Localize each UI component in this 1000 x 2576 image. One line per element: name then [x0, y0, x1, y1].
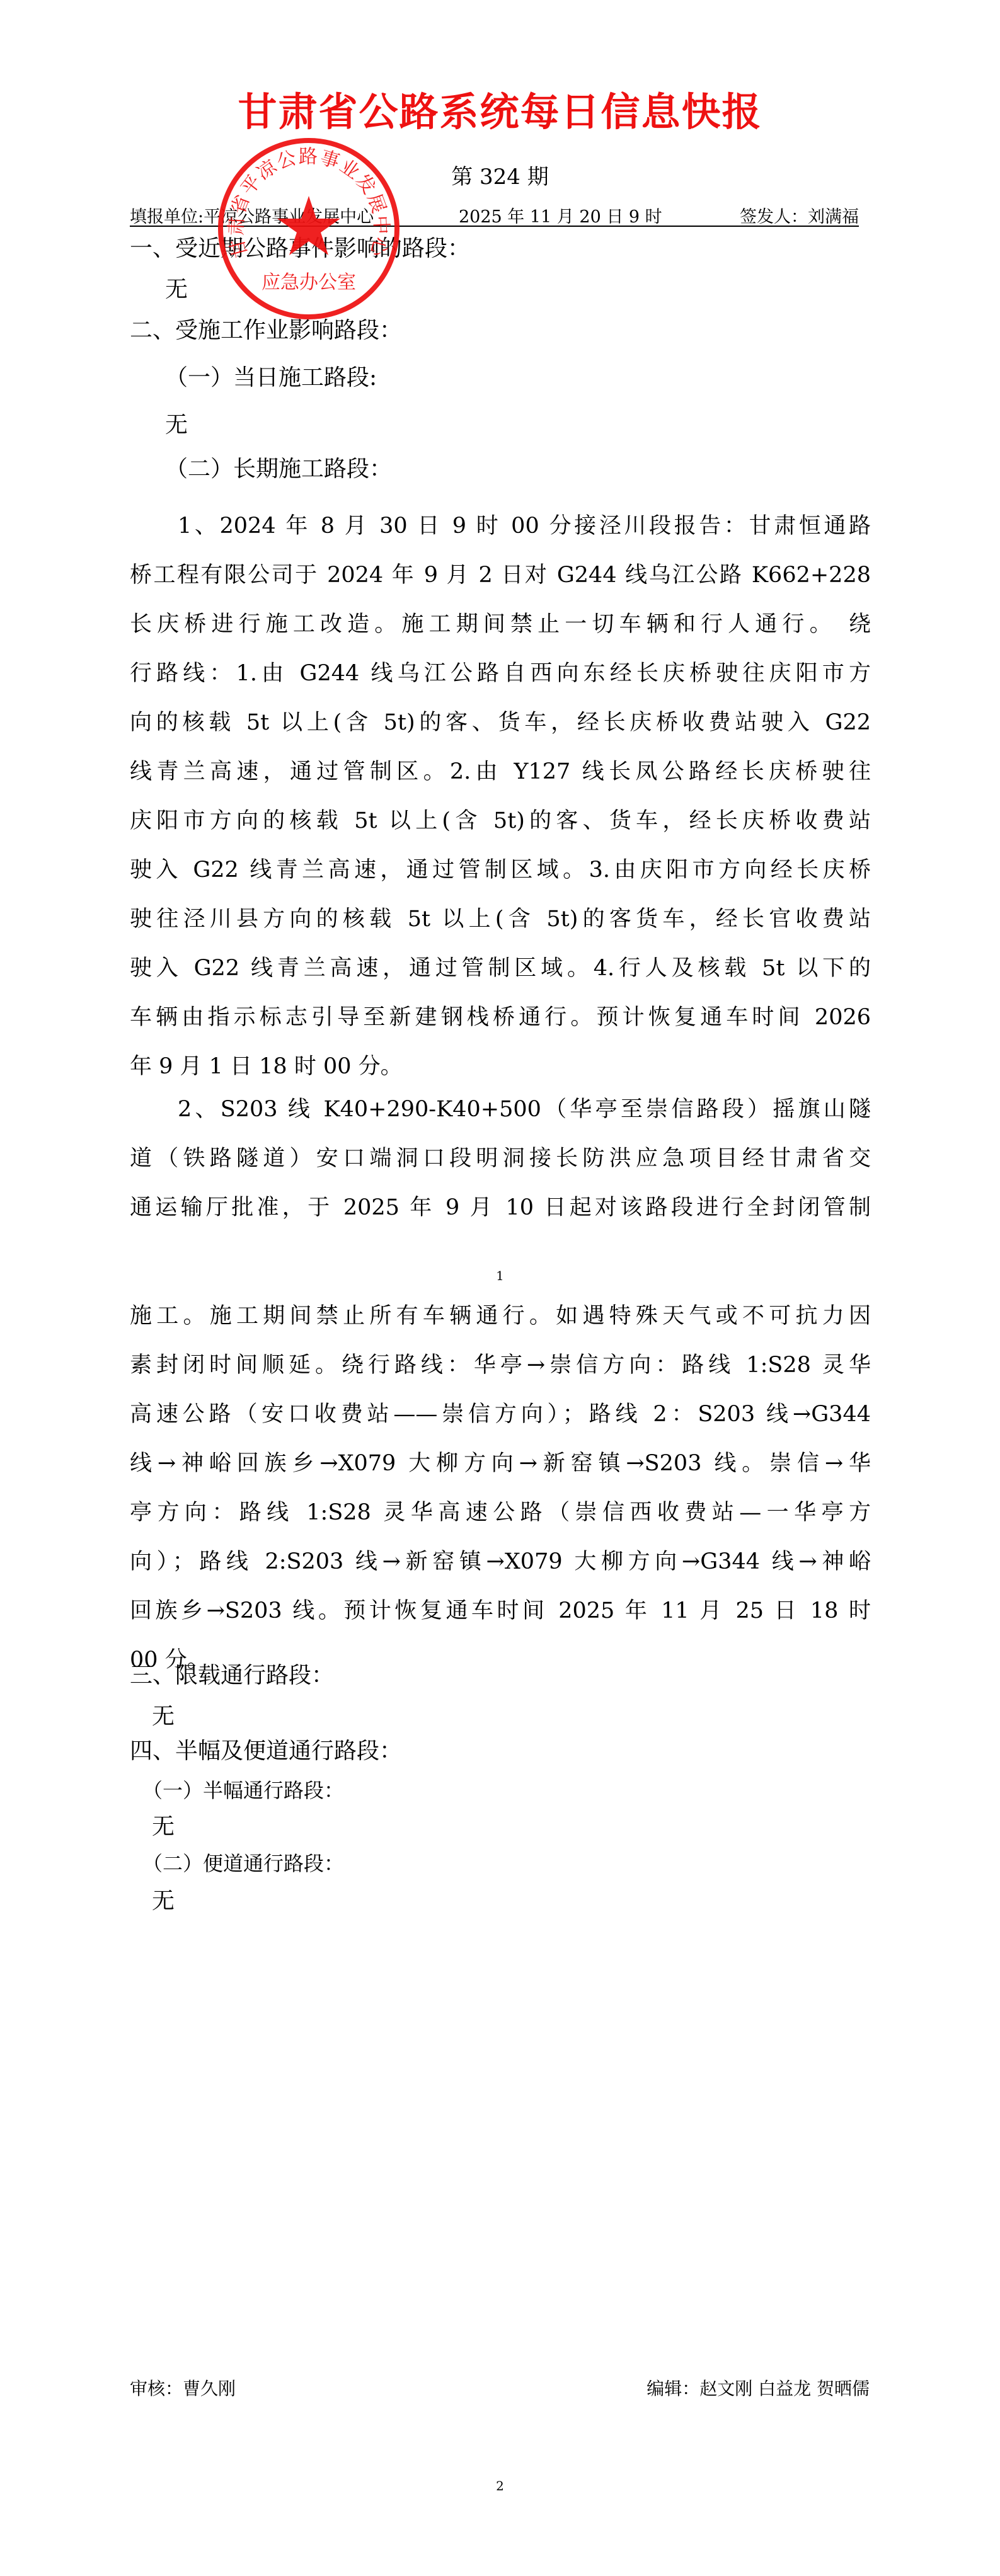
stamp-bottom-text: 应急办公室 — [261, 272, 356, 294]
section-2-sub1-content: 无 — [165, 413, 188, 438]
long-term-item-2-part2: 施工。施工期间禁止所有车辆通行。如遇特殊天气或不可抗力因 素封闭时间顺延。绕行路… — [130, 1291, 871, 1685]
text-line: 行路线：1.由 G244 线乌江公路自西向东经长庆桥驶往庆阳市方 — [130, 649, 871, 698]
report-datetime: 2025 年 11 月 20 日 9 时 — [459, 203, 662, 227]
reporting-unit: 填报单位:平凉公路事业发展中心 — [130, 203, 374, 227]
page-number-2: 2 — [0, 2478, 1000, 2493]
text-line: 驶往泾川县方向的核载 5t 以上(含 5t)的客货车，经长官收费站 — [130, 895, 871, 944]
section-1-heading: 一、受近期公路事件影响的路段： — [130, 236, 470, 261]
text-line: 庆阳市方向的核载 5t 以上(含 5t)的客、货车，经长庆桥收费站 — [130, 796, 871, 845]
bulletin-title: 甘肃省公路系统每日信息快报 — [0, 81, 1000, 137]
section-4-sub2-heading: （二）便道通行路段： — [142, 1851, 344, 1876]
section-4-sub1-content: 无 — [152, 1814, 175, 1840]
text-line: 高速公路（安口收费站——崇信方向）；路线 2：S203 线→G344 — [130, 1390, 871, 1439]
long-term-item-2-part1: 2、S203 线 K40+290-K40+500（华亭至崇信路段）摇旗山隧 道（… — [130, 1085, 871, 1232]
reviewer: 审核：曹久刚 — [130, 2375, 236, 2400]
text-line: 线青兰高速，通过管制区。2.由 Y127 线长凤公路经长庆桥驶往 — [130, 747, 871, 796]
text-line: 线→神峪回族乡→X079 大柳方向→新窑镇→S203 线。崇信→华 — [130, 1439, 871, 1488]
issue-number: 第 324 期 — [0, 159, 1000, 190]
text-line: 向的核载 5t 以上(含 5t)的客、货车，经长庆桥收费站驶入 G22 — [130, 698, 871, 747]
section-4-sub2-content: 无 — [152, 1889, 175, 1914]
text-line: 素封闭时间顺延。绕行路线：华亭→崇信方向：路线 1:S28 灵华 — [130, 1341, 871, 1390]
text-line: 驶入 G22 线青兰高速，通过管制区域。4.行人及核载 5t 以下的 — [130, 944, 871, 993]
text-line: 年 9 月 1 日 18 时 00 分。 — [130, 1042, 871, 1091]
header-meta-row: 填报单位:平凉公路事业发展中心 2025 年 11 月 20 日 9 时 签发人… — [130, 200, 859, 227]
section-3-content: 无 — [152, 1704, 175, 1729]
text-line: 长庆桥进行施工改造。施工期间禁止一切车辆和行人通行。 绕 — [130, 600, 871, 649]
section-2-sub2-heading: （二）长期施工路段： — [165, 457, 392, 482]
section-3-heading: 三、限载通行路段： — [130, 1663, 334, 1688]
text-line: 车辆由指示标志引导至新建钢栈桥通行。预计恢复通车时间 2026 — [130, 993, 871, 1042]
issuer: 签发人：刘满福 — [740, 203, 859, 227]
text-line: 施工。施工期间禁止所有车辆通行。如遇特殊天气或不可抗力因 — [130, 1291, 871, 1341]
section-4-sub1-heading: （一）半幅通行路段： — [142, 1778, 344, 1803]
section-1-content: 无 — [165, 277, 188, 302]
text-line: 回族乡→S203 线。预计恢复通车时间 2025 年 11 月 25 日 18 … — [130, 1586, 871, 1635]
text-line: 驶入 G22 线青兰高速，通过管制区域。3.由庆阳市方向经长庆桥 — [130, 845, 871, 895]
section-2-sub1-heading: （一）当日施工路段: — [165, 365, 377, 391]
text-line: 1、2024 年 8 月 30 日 9 时 00 分接泾川段报告：甘肃恒通路 — [130, 501, 871, 551]
text-line: 通运输厅批准，于 2025 年 9 月 10 日起对该路段进行全封闭管制 — [130, 1183, 871, 1232]
editors: 编辑：赵文刚 白益龙 贺晒儒 — [647, 2375, 870, 2400]
text-line: 2、S203 线 K40+290-K40+500（华亭至崇信路段）摇旗山隧 — [130, 1085, 871, 1134]
text-line: 桥工程有限公司于 2024 年 9 月 2 日对 G244 线乌江公路 K662… — [130, 551, 871, 600]
text-line: 向）；路线 2:S203 线→新窑镇→X079 大柳方向→G344 线→神峪 — [130, 1537, 871, 1586]
long-term-item-1: 1、2024 年 8 月 30 日 9 时 00 分接泾川段报告：甘肃恒通路 桥… — [130, 501, 871, 1091]
section-2-heading: 二、受施工作业影响路段： — [130, 318, 402, 343]
text-line: 亭方向：路线 1:S28 灵华高速公路（崇信西收费站—一华亭方 — [130, 1488, 871, 1537]
text-line: 道（铁路隧道）安口端洞口段明洞接长防洪应急项目经甘肃省交 — [130, 1134, 871, 1183]
section-4-heading: 四、半幅及便道通行路段： — [130, 1739, 402, 1764]
page-number-1: 1 — [0, 1268, 1000, 1283]
